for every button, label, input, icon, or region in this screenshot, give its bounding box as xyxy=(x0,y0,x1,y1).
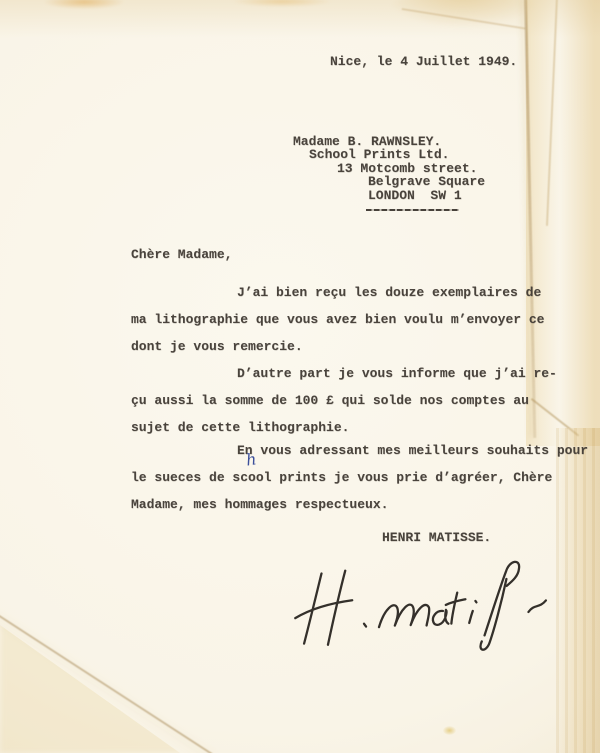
body-line: le sueces de scool prints je vous prie d… xyxy=(131,470,552,485)
body-line: Madame, mes hommages respectueux. xyxy=(131,497,388,512)
signature-handwriting xyxy=(279,553,550,658)
paper-fold-notch xyxy=(531,398,580,437)
letter-page: Nice, le 4 Juillet 1949. Madame B. RAWNS… xyxy=(0,0,600,753)
body-line: çu aussi la somme de 100 £ qui solde nos… xyxy=(131,393,529,408)
paper-stain-top-left xyxy=(44,0,124,9)
signature-stroke xyxy=(433,610,449,625)
address-line: Belgrave Square xyxy=(368,174,485,189)
paper-shade-right-bottom xyxy=(556,428,600,753)
address-line: LONDON SW 1 xyxy=(368,188,462,203)
signature-stroke xyxy=(295,600,353,618)
paper-stain-top-center xyxy=(232,0,332,7)
paper-spot-bottom xyxy=(443,726,456,735)
paper-stain-top-right xyxy=(388,0,538,26)
signature-stroke xyxy=(450,593,458,624)
signature-stroke xyxy=(364,624,366,627)
paper-fold-crease-right-secondary xyxy=(546,0,558,226)
salutation: Chère Madame, xyxy=(131,247,232,262)
address-line: School Prints Ltd. xyxy=(309,147,449,162)
signature-stroke xyxy=(475,601,476,603)
paper-crease-bottom-left xyxy=(0,610,214,753)
signature-stroke xyxy=(478,579,509,650)
address-underline xyxy=(366,209,459,211)
date-line: Nice, le 4 Juillet 1949. xyxy=(330,54,517,69)
signature-stroke xyxy=(325,571,347,645)
body-line: sujet de cette lithographie. xyxy=(131,420,349,435)
body-line: ma lithographie que vous avez bien voulu… xyxy=(131,312,544,327)
typed-signature-name: HENRI MATISSE. xyxy=(382,530,491,545)
body-line: J’ai bien reçu les douze exemplaires de xyxy=(237,285,541,300)
body-line: dont je vous remercie. xyxy=(131,339,303,354)
signature-stroke xyxy=(528,600,546,612)
signature-stroke xyxy=(378,604,430,627)
body-line: D’autre part je vous informe que j’ai re… xyxy=(237,366,557,381)
signature-stroke xyxy=(469,611,473,623)
paper-crease-top-right xyxy=(402,8,526,30)
body-line: En vous adressant mes meilleurs souhaits… xyxy=(237,443,588,458)
